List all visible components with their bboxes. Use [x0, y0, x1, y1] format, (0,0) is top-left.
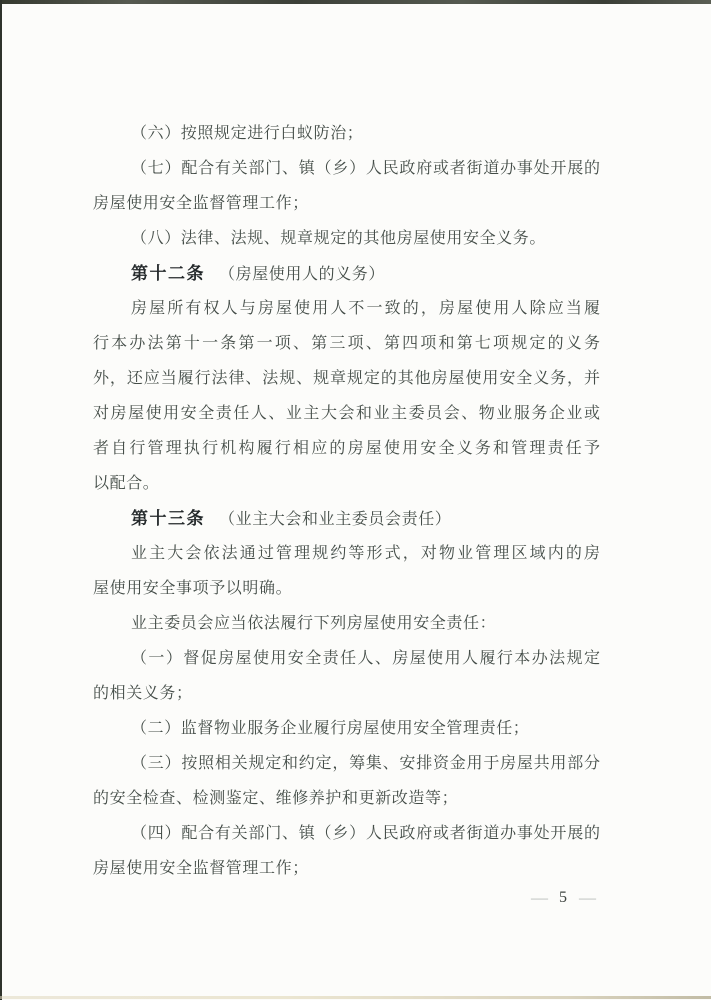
article-number: 第十三条 — [131, 509, 205, 528]
text-line: 对房屋使用安全责任人、业主大会和业主委员会、物业服务企业或 — [93, 396, 600, 431]
text-line: （七）配合有关部门、镇（乡）人民政府或者街道办事处开展的 — [93, 151, 600, 186]
text-line: 房屋所有权人与房屋使用人不一致的，房屋使用人除应当履 — [93, 291, 600, 326]
text-line: 外，还应当履行法律、法规、规章规定的其他房屋使用安全义务，并 — [93, 361, 600, 396]
page-number-value: 5 — [559, 889, 567, 907]
text-line: 房屋使用安全监督管理工作； — [93, 186, 600, 221]
page-number-dash-right: — — [579, 888, 595, 908]
text-line: （八）法律、法规、规章规定的其他房屋使用安全义务。 — [93, 221, 600, 256]
page-number-dash-left: — — [531, 888, 547, 908]
text-line: 者自行管理执行机构履行相应的房屋使用安全义务和管理责任予 — [93, 431, 600, 466]
text-line: 业主委员会应当依法履行下列房屋使用安全责任： — [93, 606, 600, 641]
page-number: — 5 — — [531, 884, 595, 912]
text-line: 的相关义务； — [93, 676, 600, 711]
document-body: （六）按照规定进行白蚁防治；（七）配合有关部门、镇（乡）人民政府或者街道办事处开… — [93, 116, 600, 886]
scan-edge-bottom — [0, 996, 711, 999]
text-line: 业主大会依法通过管理规约等形式，对物业管理区域内的房 — [93, 536, 600, 571]
text-line: （一）督促房屋使用安全责任人、房屋使用人履行本办法规定 — [93, 641, 600, 676]
article-title: （业主大会和业主委员会责任） — [219, 511, 451, 528]
text-line: 的安全检查、检测鉴定、维修养护和更新改造等； — [93, 781, 600, 816]
article-heading: 第十三条（业主大会和业主委员会责任） — [93, 501, 600, 536]
article-number: 第十二条 — [131, 264, 205, 283]
article-heading: 第十二条（房屋使用人的义务） — [93, 256, 600, 291]
text-line: 屋使用安全事项予以明确。 — [93, 571, 600, 606]
text-line: 以配合。 — [93, 466, 600, 501]
text-line: 行本办法第十一条第一项、第三项、第四项和第七项规定的义务 — [93, 326, 600, 361]
text-line: 房屋使用安全监督管理工作； — [93, 851, 600, 886]
text-line: （六）按照规定进行白蚁防治； — [93, 116, 600, 151]
text-line: （四）配合有关部门、镇（乡）人民政府或者街道办事处开展的 — [93, 816, 600, 851]
scan-edge-top — [0, 0, 711, 4]
scan-edge-left — [0, 0, 2, 1000]
article-title: （房屋使用人的义务） — [219, 266, 385, 283]
text-line: （三）按照相关规定和约定，筹集、安排资金用于房屋共用部分 — [93, 746, 600, 781]
text-line: （二）监督物业服务企业履行房屋使用安全管理责任； — [93, 711, 600, 746]
